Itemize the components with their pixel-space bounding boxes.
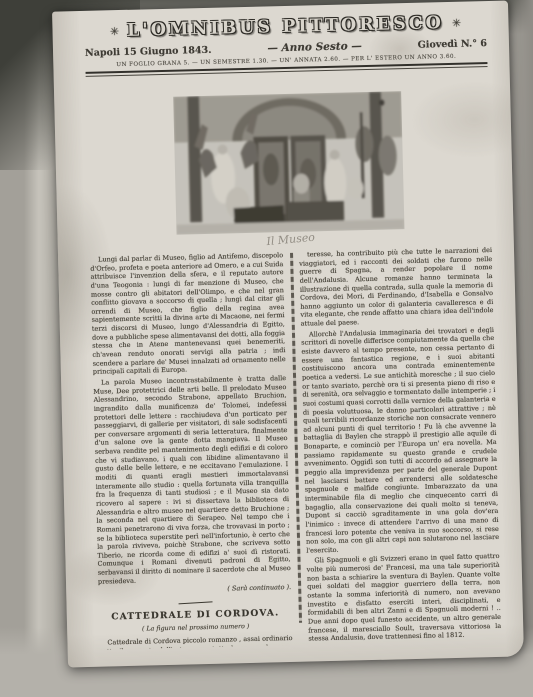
article-paragraph: Allorchè l'Andalusia immaginaria dei tro… bbox=[301, 326, 499, 555]
newspaper-page: ✳ L'OMNIBUS PITTORESCO ✳ Napoli 15 Giugn… bbox=[52, 1, 524, 668]
paper-title: L'OMNIBUS PITTORESCO bbox=[127, 13, 444, 41]
anno-label: — Anno Sesto — bbox=[267, 40, 362, 54]
place-date: Napoli 15 Giugno 1843. bbox=[85, 45, 212, 59]
masthead-title-row: ✳ L'OMNIBUS PITTORESCO ✳ bbox=[84, 12, 486, 42]
article-paragraph: La parola Museo incontrastabilmente è tr… bbox=[93, 374, 291, 586]
article-columns: Lungi dal parlar di Museo, figlio ad Ant… bbox=[90, 246, 502, 650]
left-column: Lungi dal parlar di Museo, figlio ad Ant… bbox=[90, 251, 293, 650]
section-divider bbox=[178, 601, 212, 604]
ink-spot bbox=[379, 100, 384, 106]
article-paragraph: teresse, ha contribuito più che tutte le… bbox=[299, 246, 494, 328]
issue-label: Giovedì N.° 6 bbox=[418, 38, 487, 51]
newspaper-sheet: ✳ L'OMNIBUS PITTORESCO ✳ Napoli 15 Giugn… bbox=[52, 1, 524, 668]
article-paragraph: Lungi dal parlar di Museo, figlio ad Ant… bbox=[90, 251, 286, 377]
museum-engraving-art bbox=[173, 91, 404, 235]
article-paragraph: Gli Spagnuoli e gli Svizzeri erano in qu… bbox=[306, 552, 501, 643]
ornament-icon: ✳ bbox=[452, 16, 462, 29]
right-column: teresse, ha contribuito più che tutte le… bbox=[299, 246, 502, 645]
article-paragraph: Cattedrale di Cordova piccolo romanzo , … bbox=[99, 634, 293, 649]
ornament-icon: ✳ bbox=[110, 25, 120, 38]
masthead: ✳ L'OMNIBUS PITTORESCO ✳ Napoli 15 Giugn… bbox=[84, 12, 487, 77]
museum-engraving bbox=[173, 91, 404, 235]
